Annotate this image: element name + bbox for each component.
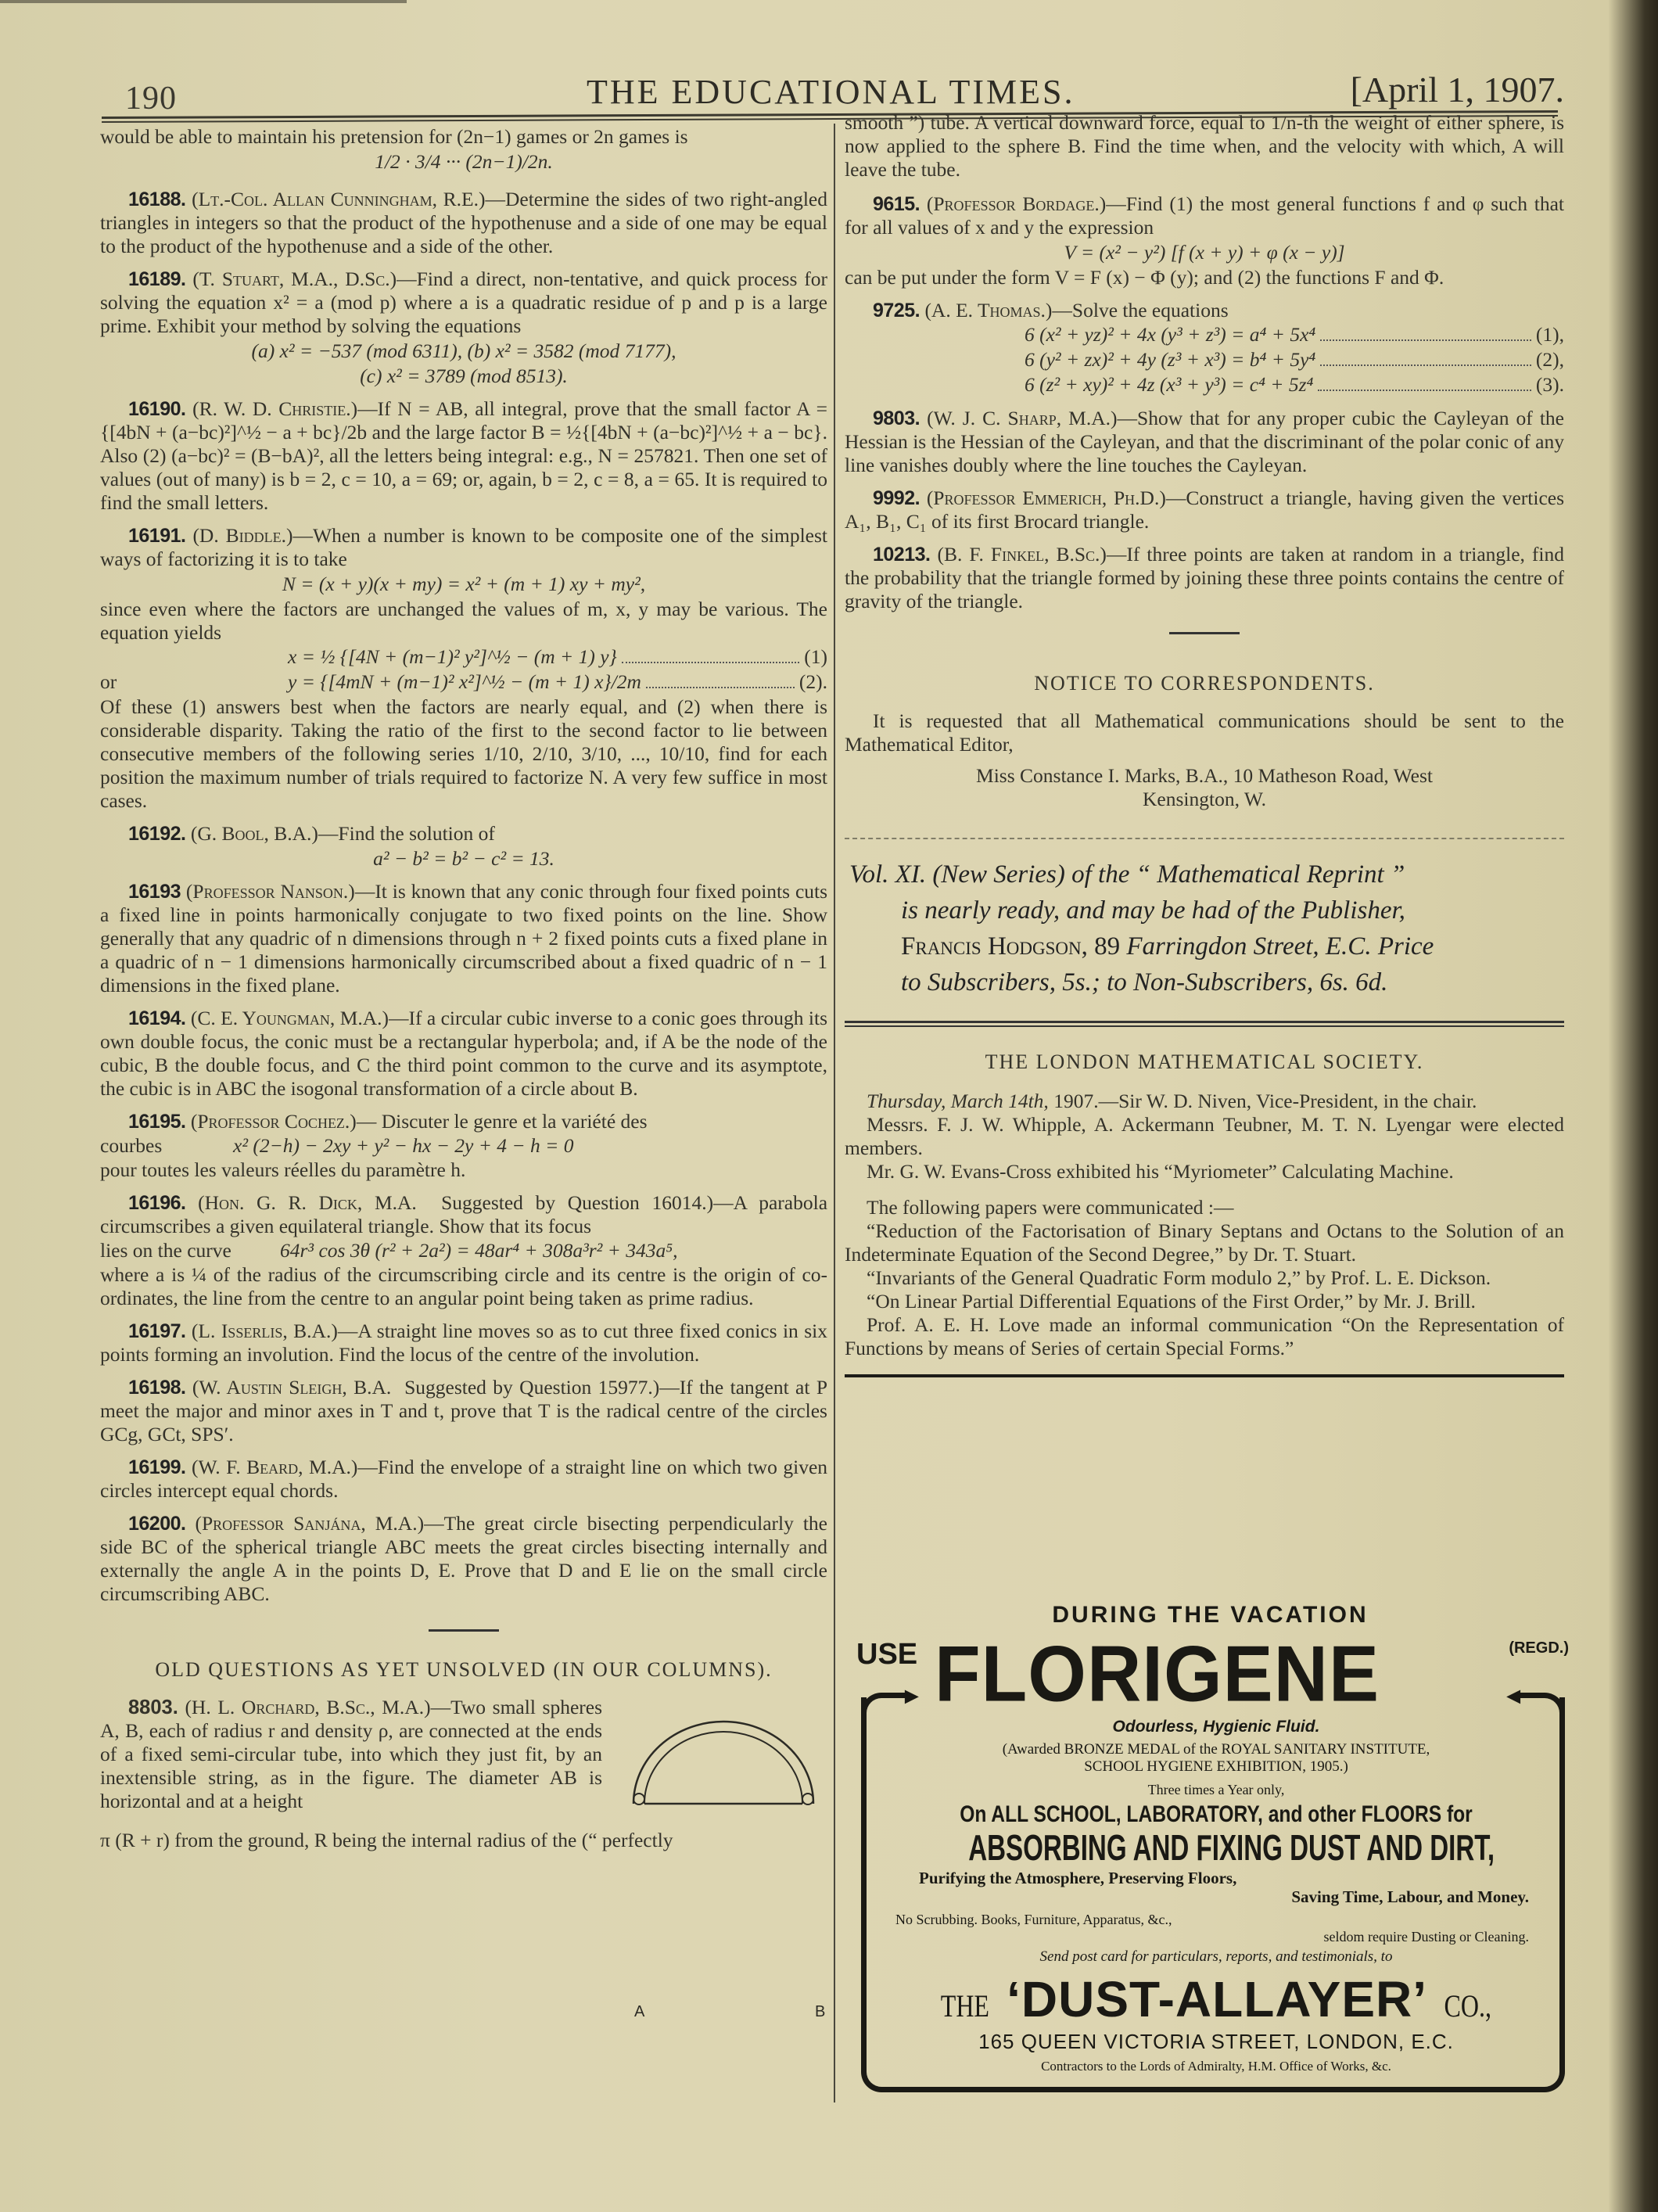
question-16190: 16190. (R. W. D. Christie.)—If N = AB, a… bbox=[100, 397, 827, 515]
continuation-text: would be able to maintain his pretension… bbox=[100, 125, 827, 149]
ad-address: 165 QUEEN VICTORIA STREET, LONDON, E.C. bbox=[872, 2030, 1560, 2054]
equation: (c) x² = 3789 (mod 8513). bbox=[100, 364, 827, 388]
lms-elected: Messrs. F. J. W. Whipple, A. Ackermann T… bbox=[845, 1113, 1564, 1160]
numbered-equation-3: 6 (z² + xy)² + 4z (x³ + y³) = c⁴ + 5z⁴ (… bbox=[845, 373, 1564, 397]
numbered-equation-2: 6 (y² + zx)² + 4y (z³ + x³) = b⁴ + 5y⁴ (… bbox=[845, 348, 1564, 372]
lms-meeting: Thursday, March 14th, 1907.—Sir W. D. Ni… bbox=[845, 1090, 1564, 1113]
notice-body: It is requested that all Mathematical co… bbox=[845, 709, 1564, 756]
question-16199: 16199. (W. F. Beard, M.A.)—Find the enve… bbox=[100, 1456, 827, 1503]
issue-date: [April 1, 1907. bbox=[1351, 69, 1564, 110]
equation: N = (x + y)(x + my) = x² + (m + 1) xy + … bbox=[100, 573, 827, 596]
lms-papers-intro: The following papers were communicated :… bbox=[845, 1196, 1564, 1219]
question-9725: 9725. (A. E. Thomas.)—Solve the equation… bbox=[845, 299, 1564, 397]
figure-label-a: A bbox=[634, 2003, 644, 2021]
question-16195: 16195. (Professor Cochez.)— Discuter le … bbox=[100, 1110, 827, 1182]
continuation-8803: smooth ”) tube. A vertical downward forc… bbox=[845, 111, 1564, 181]
continuation-formula: 1/2 · 3/4 ··· (2n−1)/2n. bbox=[100, 150, 827, 174]
question-9992: 9992. (Professor Emmerich, Ph.D.)—Constr… bbox=[845, 487, 1564, 533]
ad-company: THE ‘DUST-ALLAYER’ CO., bbox=[872, 1970, 1560, 2028]
lms-paper: “On Linear Partial Differential Equation… bbox=[845, 1290, 1564, 1313]
dashed-rule bbox=[845, 838, 1564, 839]
florigene-advertisement: DURING THE VACATION USE FLORIGENE (REGD.… bbox=[849, 1596, 1572, 2096]
ad-content: Odourless, Hygienic Fluid. (Awarded BRON… bbox=[872, 1718, 1560, 2074]
notice-address-line-1: Miss Constance I. Marks, B.A., 10 Mathes… bbox=[845, 764, 1564, 788]
journal-title: THE EDUCATIONAL TIMES. bbox=[587, 72, 1075, 112]
lms-heading: THE LONDON MATHEMATICAL SOCIETY. bbox=[845, 1050, 1564, 1074]
figure-label-b: B bbox=[815, 2003, 825, 2021]
right-column: smooth ”) tube. A vertical downward forc… bbox=[845, 111, 1564, 1377]
semicircular-tube-figure bbox=[616, 1711, 827, 1829]
question-9803: 9803. (W. J. C. Sharp, M.A.)—Show that f… bbox=[845, 407, 1564, 477]
question-16188: 16188. (Lt.-Col. Allan Cunningham, R.E.)… bbox=[100, 188, 827, 258]
question-16198: 16198. (W. Austin Sleigh, B.A. Suggested… bbox=[100, 1376, 827, 1446]
ad-contractors: Contractors to the Lords of Admiralty, H… bbox=[872, 2059, 1560, 2074]
double-rule bbox=[845, 1021, 1564, 1027]
equation: (a) x² = −537 (mod 6311), (b) x² = 3582 … bbox=[100, 339, 827, 363]
question-16196: 16196. (Hon. G. R. Dick, M.A. Suggested … bbox=[100, 1191, 827, 1310]
numbered-equation-1: x = ½ {[4N + (m−1)² y²]^½ − (m + 1) y} (… bbox=[100, 645, 827, 670]
lms-informal-communication: Prof. A. E. H. Love made an informal com… bbox=[845, 1313, 1564, 1360]
question-9615: 9615. (Professor Bordage.)—Find (1) the … bbox=[845, 192, 1564, 289]
reprint-notice: Vol. XI. (New Series) of the “ Mathemati… bbox=[845, 856, 1564, 1000]
arrow-right-icon: ► bbox=[900, 1683, 924, 1710]
equation: a² − b² = b² − c² = 13. bbox=[100, 847, 827, 871]
old-questions-heading: OLD QUESTIONS AS YET UNSOLVED (IN OUR CO… bbox=[100, 1658, 827, 1682]
question-16193: 16193 (Professor Nanson.)—It is known th… bbox=[100, 880, 827, 997]
question-16189: 16189. (T. Stuart, M.A., D.Sc.)—Find a d… bbox=[100, 268, 827, 388]
question-16191: 16191. (D. Biddle.)—When a number is kno… bbox=[100, 524, 827, 813]
notice-heading: NOTICE TO CORRESPONDENTS. bbox=[845, 672, 1564, 695]
lms-exhibited: Mr. G. W. Evans-Cross exhibited his “Myr… bbox=[845, 1160, 1564, 1183]
column-divider bbox=[834, 124, 835, 2102]
page-edge-scrap bbox=[0, 0, 407, 3]
notice-address-line-2: Kensington, W. bbox=[845, 788, 1564, 811]
section-separator bbox=[1169, 632, 1240, 634]
ad-registered: (REGD.) bbox=[1509, 1639, 1569, 1657]
arrow-left-icon: ◄ bbox=[1502, 1683, 1525, 1710]
numbered-equation-2: or y = {[4mN + (m−1)² x²]^½ − (m + 1) x}… bbox=[100, 670, 827, 695]
lms-paper: “Invariants of the General Quadratic For… bbox=[845, 1266, 1564, 1290]
question-10213: 10213. (B. F. Finkel, B.Sc.)—If three po… bbox=[845, 543, 1564, 613]
ad-use: USE bbox=[856, 1638, 917, 1672]
advertisement-rule bbox=[845, 1374, 1564, 1377]
question-16194: 16194. (C. E. Youngman, M.A.)—If a circu… bbox=[100, 1007, 827, 1101]
numbered-equation-1: 6 (x² + yz)² + 4x (y³ + z³) = a⁴ + 5x⁴ (… bbox=[845, 323, 1564, 347]
question-8803: 8803. (H. L. Orchard, B.Sc., M.A.)—Two s… bbox=[100, 1696, 827, 1829]
question-8803-continued: π (R + r) from the ground, R being the i… bbox=[100, 1829, 827, 1852]
lms-paper: “Reduction of the Factorisation of Binar… bbox=[845, 1219, 1564, 1266]
question-16192: 16192. (G. Bool, B.A.)—Find the solution… bbox=[100, 822, 827, 871]
question-16197: 16197. (L. Isserlis, B.A.)—A straight li… bbox=[100, 1320, 827, 1366]
page-header: 190 THE EDUCATIONAL TIMES. [April 1, 190… bbox=[102, 69, 1564, 108]
ad-during-vacation: DURING THE VACATION bbox=[849, 1602, 1572, 1628]
page-number: 190 bbox=[125, 80, 177, 117]
question-16200: 16200. (Professor Sanjána, M.A.)—The gre… bbox=[100, 1512, 827, 1606]
section-separator bbox=[429, 1629, 499, 1632]
left-column: would be able to maintain his pretension… bbox=[100, 125, 827, 1852]
equation: V = (x² − y²) [f (x + y) + φ (x − y)] bbox=[845, 241, 1564, 264]
